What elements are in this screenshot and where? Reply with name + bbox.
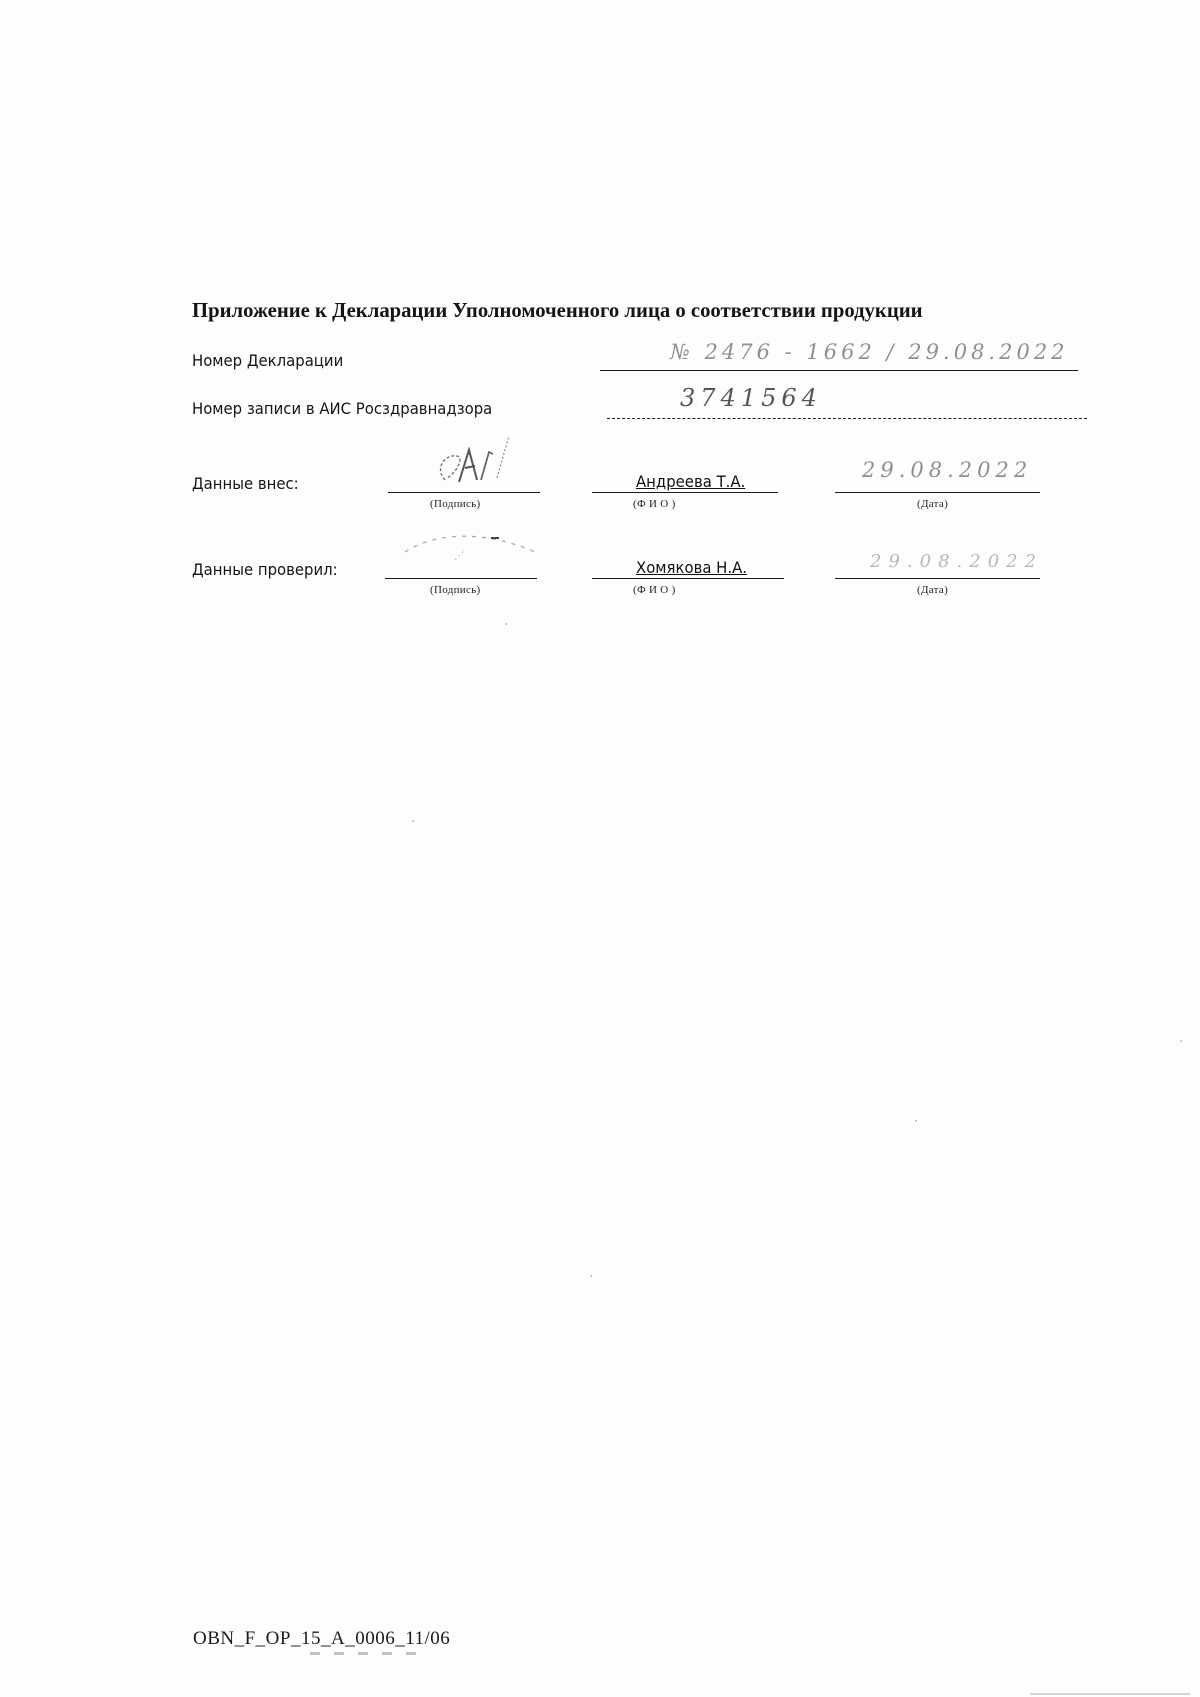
entered-by-signature-line [388,492,540,493]
checked-by-date-line [835,578,1040,579]
entered-by-date-caption: (Дата) [917,498,948,510]
ais-record-number-line [607,418,1087,419]
checked-by-signature [395,530,545,575]
entered-by-date-handwritten: 29.08.2022 [862,458,1032,482]
scan-artifact [310,1652,430,1655]
entered-by-name: Андреева Т.А. [636,472,745,491]
entered-by-name-caption: (Ф И О ) [633,498,676,510]
checked-by-signature-caption: (Подпись) [430,584,480,596]
checked-by-name-line [592,578,784,579]
declaration-number-handwritten: № 2476 - 1662 / 29.08.2022 [670,340,1069,364]
ais-record-number-label: Номер записи в АИС Росздравнадзора [192,399,492,418]
document-title: Приложение к Декларации Уполномоченного … [192,298,923,323]
scan-speck [505,623,507,625]
scan-speck [590,1275,592,1277]
checked-by-signature-line [385,578,537,579]
entered-by-signature [425,430,525,492]
checked-by-name: Хомякова Н.А. [636,558,747,577]
scan-speck [1180,1040,1182,1042]
checked-by-date-handwritten: 29.08.2022 [870,551,1043,572]
checked-by-name-caption: (Ф И О ) [633,584,676,596]
declaration-number-line [600,370,1078,371]
ais-record-number-handwritten: 3741564 [680,384,822,412]
entered-by-signature-caption: (Подпись) [430,498,480,510]
scan-speck [915,1120,917,1122]
entered-by-date-line [835,492,1040,493]
form-code-footer: OBN_F_OP_15_A_0006_11/06 [193,1628,450,1650]
entered-by-label: Данные внес: [192,474,299,493]
document-page: Приложение к Декларации Уполномоченного … [0,0,1200,1697]
checked-by-label: Данные проверил: [192,560,338,579]
scan-speck [412,820,414,822]
checked-by-date-caption: (Дата) [917,584,948,596]
entered-by-name-line [592,492,778,493]
declaration-number-label: Номер Декларации [192,351,343,370]
scan-artifact [1030,1693,1190,1695]
